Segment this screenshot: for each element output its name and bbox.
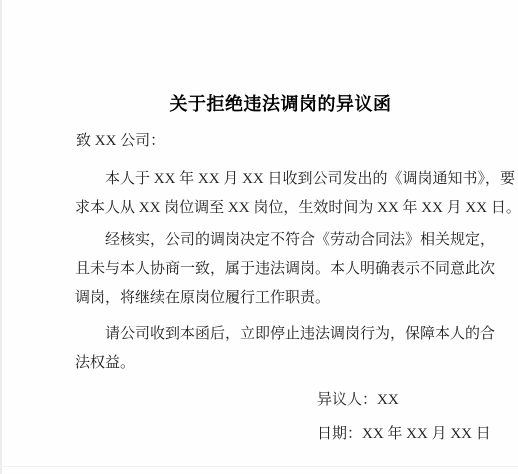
paragraph-notice-received: 本人于 XX 年 XX 月 XX 日收到公司发出的《调岗通知书》，要 求本人从 … — [75, 165, 489, 223]
document-page: 关于拒绝违法调岗的异议函 致 XX 公司： 本人于 XX 年 XX 月 XX 日… — [0, 0, 518, 474]
paragraph-line: 本人于 XX 年 XX 月 XX 日收到公司发出的《调岗通知书》，要 — [75, 165, 489, 194]
paragraph-line: 求本人从 XX 岗位调至 XX 岗位，生效时间为 XX 年 XX 月 XX 日。 — [75, 194, 489, 223]
paragraph-line: 经核实，公司的调岗决定不符合《劳动合同法》相关规定， — [75, 226, 489, 255]
paragraph-line: 调岗，将继续在原岗位履行工作职责。 — [75, 284, 489, 313]
page-title: 关于拒绝违法调岗的异议函 — [75, 92, 486, 116]
paragraph-demand: 请公司收到本函后，立即停止违法调岗行为，保障本人的合 法权益。 — [75, 320, 489, 378]
page-bottom-edge-line — [0, 466, 518, 467]
page-left-edge-line — [0, 0, 2, 474]
paragraph-line: 法权益。 — [75, 349, 489, 378]
salutation: 致 XX 公司： — [76, 130, 165, 152]
paragraph-line: 请公司收到本函后，立即停止违法调岗行为，保障本人的合 — [75, 320, 489, 349]
paragraph-line: 且未与本人协商一致，属于违法调岗。本人明确表示不同意此次 — [75, 255, 489, 284]
signature-date: 日期：XX 年 XX 月 XX 日 — [317, 423, 491, 445]
signature-signer: 异议人：XX — [317, 389, 399, 411]
paragraph-objection-grounds: 经核实，公司的调岗决定不符合《劳动合同法》相关规定， 且未与本人协商一致，属于违… — [75, 226, 489, 313]
